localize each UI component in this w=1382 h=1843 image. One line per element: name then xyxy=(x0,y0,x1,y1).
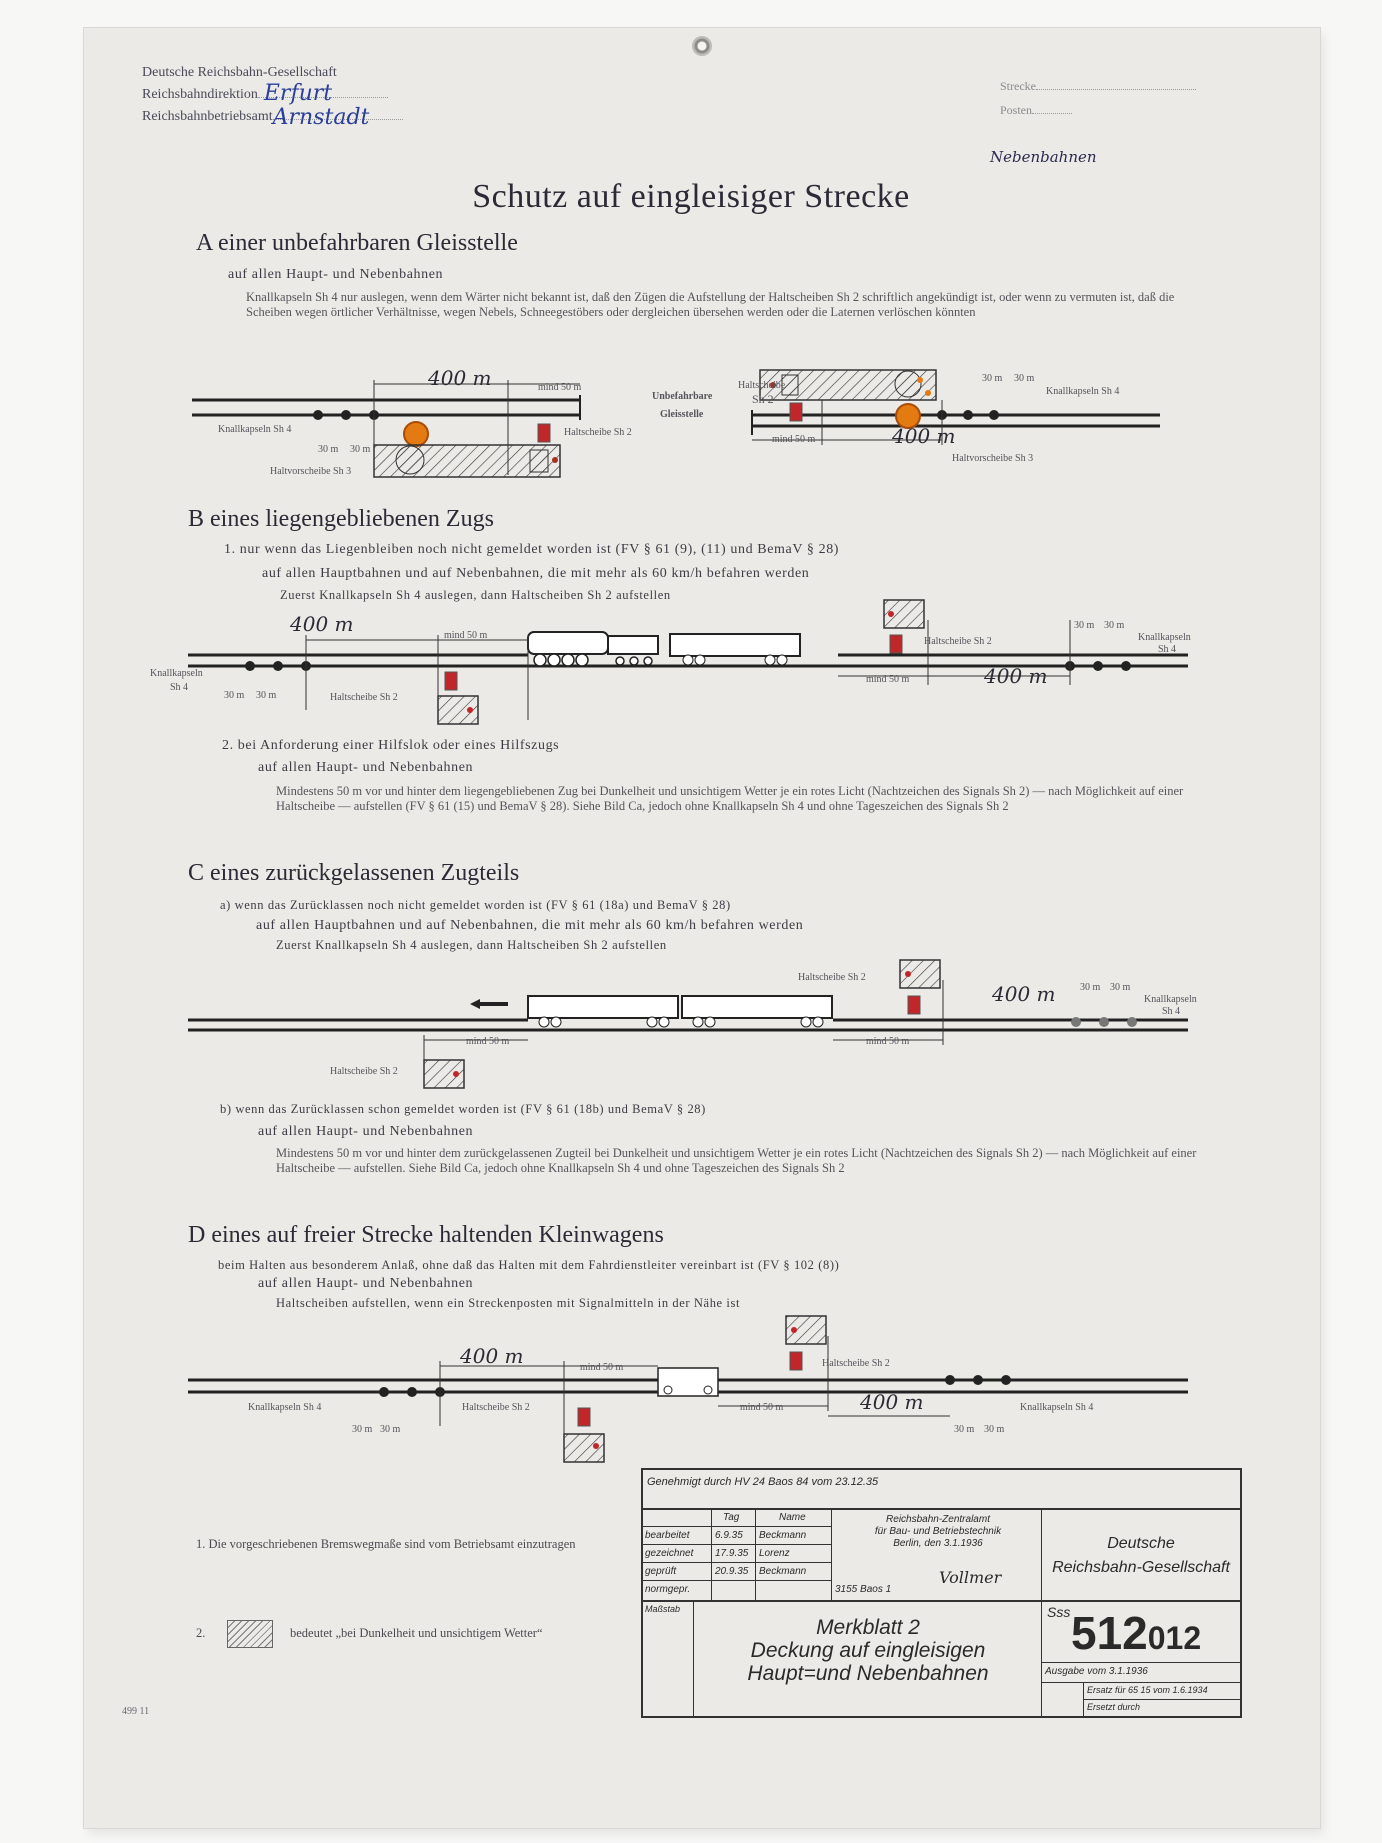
a-30m-2: 30 m xyxy=(350,444,370,455)
section-a-scope: auf allen Haupt- und Nebenbahnen xyxy=(228,267,443,283)
section-c-heading: C eines zurückgelassenen Zugteils xyxy=(188,860,519,887)
section-d-instr: Haltscheiben aufstellen, wenn ein Streck… xyxy=(276,1296,740,1311)
office-value: Arnstadt xyxy=(273,107,370,129)
b-min-50-r: mind 50 m xyxy=(866,674,909,685)
c-halt-r: Haltscheibe Sh 2 xyxy=(798,972,866,983)
page-title: Schutz auf eingleisiger Strecke xyxy=(0,178,1382,216)
replaces: Ersatz für 65 15 vom 1.6.1934 xyxy=(1087,1685,1208,1695)
title-block: Genehmigt durch HV 24 Baos 84 vom 23.12.… xyxy=(641,1468,1242,1718)
diagram-a xyxy=(190,360,1190,480)
b-30m-r1: 30 m xyxy=(1074,620,1094,631)
a-distance-400: 400 m xyxy=(428,366,492,390)
section-b-item2-text: Mindestens 50 m vor und hinter dem liege… xyxy=(276,784,1206,814)
section-b-item2-scope: auf allen Haupt- und Nebenbahnen xyxy=(258,760,473,776)
a-halt-r2: Sh 2 xyxy=(752,392,774,407)
d-halt-r: Haltscheibe Sh 2 xyxy=(822,1358,890,1369)
d-min-50-l: mind 50 m xyxy=(580,1362,623,1373)
a-haltvor-r: Haltvorscheibe Sh 3 xyxy=(952,453,1033,464)
post-field: Posten xyxy=(1000,98,1196,122)
d-30m-l1: 30 m xyxy=(352,1424,372,1435)
direction-value: Erfurt xyxy=(264,83,332,105)
c-knall-2: Sh 4 xyxy=(1162,1006,1180,1017)
row-day: 6.9.35 xyxy=(715,1530,743,1541)
d-30m-l2: 30 m xyxy=(380,1424,400,1435)
a-min-50: mind 50 m xyxy=(538,382,581,393)
note-1: 1. Die vorgeschriebenen Bremswegmaße sin… xyxy=(196,1536,616,1552)
a-haltvor-label: Haltvorscheibe Sh 3 xyxy=(270,466,351,477)
row-role: gezeichnet xyxy=(645,1548,693,1559)
d-knall-l: Knallkapseln Sh 4 xyxy=(248,1402,321,1413)
b-min-50: mind 50 m xyxy=(444,630,487,641)
diagram-d xyxy=(188,1316,1188,1466)
row-name: Beckmann xyxy=(759,1566,806,1577)
route-field: Strecke xyxy=(1000,74,1196,98)
c-knall-1: Knallkapseln xyxy=(1144,994,1197,1005)
section-b-item1-scope: auf allen Hauptbahnen und auf Nebenbahne… xyxy=(262,566,809,582)
section-b-item1: 1. nur wenn das Liegenbleiben noch nicht… xyxy=(224,542,839,558)
section-d-scope: auf allen Haupt- und Nebenbahnen xyxy=(258,1276,473,1292)
a-knall-label: Knallkapseln Sh 4 xyxy=(218,424,291,435)
section-d-text: beim Halten aus besonderem Anlaß, ohne d… xyxy=(218,1258,839,1273)
section-b-item1-instr: Zuerst Knallkapseln Sh 4 auslegen, dann … xyxy=(280,588,671,603)
scale-label: Maßstab xyxy=(645,1604,680,1614)
note-2-number: 2. xyxy=(196,1626,205,1641)
hatch-legend-swatch xyxy=(227,1620,273,1648)
section-c-item-a-scope: auf allen Hauptbahnen und auf Nebenbahne… xyxy=(256,918,803,934)
b-30m-r2: 30 m xyxy=(1104,620,1124,631)
replaced-by: Ersetzt durch xyxy=(1087,1702,1140,1712)
d-halt-l: Haltscheibe Sh 2 xyxy=(462,1402,530,1413)
office-field: ReichsbahnbetriebsamtArnstadt xyxy=(142,106,403,128)
row-role: normgepr. xyxy=(645,1584,690,1595)
row-name: Lorenz xyxy=(759,1548,790,1559)
c-halt-l: Haltscheibe Sh 2 xyxy=(330,1066,398,1077)
sheet-title: Merkblatt 2 Deckung auf eingleisigen Hau… xyxy=(695,1616,1041,1685)
header-block: Deutsche Reichsbahn-Gesellschaft Reichsb… xyxy=(142,62,403,128)
section-c-item-b: b) wenn das Zurücklassen schon gemeldet … xyxy=(220,1102,706,1117)
issue-date: Ausgabe vom 3.1.1936 xyxy=(1045,1666,1148,1677)
section-a-text: Knallkapseln Sh 4 nur auslegen, wenn dem… xyxy=(246,290,1206,320)
b-halt-l: Haltscheibe Sh 2 xyxy=(330,692,398,703)
c-30m-1: 30 m xyxy=(1080,982,1100,993)
c-min-50-l: mind 50 m xyxy=(466,1036,509,1047)
route-block: Strecke Posten xyxy=(1000,74,1196,122)
row-role: geprüft xyxy=(645,1566,676,1577)
doc-number: 512012 xyxy=(1071,1606,1201,1660)
col-name: Name xyxy=(779,1512,806,1523)
a-30m-1: 30 m xyxy=(318,444,338,455)
d-distance-400-l: 400 m xyxy=(460,1344,524,1368)
d-30m-r2: 30 m xyxy=(984,1424,1004,1435)
b-30m-2: 30 m xyxy=(256,690,276,701)
d-distance-400-r: 400 m xyxy=(860,1390,924,1414)
approval-text: Genehmigt durch HV 24 Baos 84 vom 23.12.… xyxy=(647,1476,878,1488)
company-block: Deutsche Reichsbahn-Gesellschaft xyxy=(1043,1532,1239,1580)
diagram-c xyxy=(188,960,1188,1080)
c-min-50-r: mind 50 m xyxy=(866,1036,909,1047)
a-30m-r1: 30 m xyxy=(982,373,1002,384)
section-c-item-b-scope: auf allen Haupt- und Nebenbahnen xyxy=(258,1124,473,1140)
section-c-item-a-instr: Zuerst Knallkapseln Sh 4 auslegen, dann … xyxy=(276,938,667,953)
b-knall-r1: Knallkapseln xyxy=(1138,632,1191,643)
direction-field: ReichsbahndirektionErfurt xyxy=(142,84,403,106)
b-distance-400-r: 400 m xyxy=(984,664,1048,688)
doc-prefix: Sss xyxy=(1047,1604,1070,1620)
a-gleisstelle-1: Unbefahrbare xyxy=(652,391,712,402)
d-min-50-r: mind 50 m xyxy=(740,1402,783,1413)
section-c-item-b-text: Mindestens 50 m vor und hinter dem zurüc… xyxy=(276,1146,1206,1176)
row-name: Beckmann xyxy=(759,1530,806,1541)
note-2-text: bedeutet „bei Dunkelheit und unsichtigem… xyxy=(290,1626,543,1641)
a-gleisstelle-2: Gleisstelle xyxy=(660,409,703,420)
b-knall-l1: Knallkapseln xyxy=(150,668,203,679)
section-b-heading: B eines liegengebliebenen Zugs xyxy=(188,506,494,533)
a-30m-r2: 30 m xyxy=(1014,373,1034,384)
section-a-heading: A einer unbefahrbaren Gleisstelle xyxy=(196,230,518,257)
issuing-office: Reichsbahn-Zentralamt für Bau- und Betri… xyxy=(843,1514,1033,1550)
c-30m-2: 30 m xyxy=(1110,982,1130,993)
d-30m-r1: 30 m xyxy=(954,1424,974,1435)
section-b-item2: 2. bei Anforderung einer Hilfslok oder e… xyxy=(222,738,559,754)
a-knall-r: Knallkapseln Sh 4 xyxy=(1046,386,1119,397)
row-day: 17.9.35 xyxy=(715,1548,748,1559)
handwritten-note: Nebenbahnen xyxy=(990,148,1097,166)
signature: Vollmer xyxy=(939,1568,1001,1587)
d-knall-r: Knallkapseln Sh 4 xyxy=(1020,1402,1093,1413)
a-min-50-r: mind 50 m xyxy=(772,434,815,445)
hanging-grommet xyxy=(692,36,712,56)
print-code: 499 11 xyxy=(122,1706,149,1717)
col-day: Tag xyxy=(723,1512,739,1523)
c-distance-400: 400 m xyxy=(992,982,1056,1006)
b-knall-l2: Sh 4 xyxy=(170,682,188,693)
office-ref: 3155 Baos 1 xyxy=(835,1584,891,1595)
section-d-heading: D eines auf freier Strecke haltenden Kle… xyxy=(188,1222,664,1249)
row-day: 20.9.35 xyxy=(715,1566,748,1577)
b-30m-1: 30 m xyxy=(224,690,244,701)
a-distance-400-r: 400 m xyxy=(892,424,956,448)
b-distance-400: 400 m xyxy=(290,612,354,636)
row-role: bearbeitet xyxy=(645,1530,689,1541)
b-knall-r2: Sh 4 xyxy=(1158,644,1176,655)
b-halt-r: Haltscheibe Sh 2 xyxy=(924,636,992,647)
section-c-item-a: a) wenn das Zurücklassen noch nicht geme… xyxy=(220,898,731,913)
a-halt-r1: Haltscheibe xyxy=(738,380,785,391)
a-halt-label: Haltscheibe Sh 2 xyxy=(564,427,632,438)
